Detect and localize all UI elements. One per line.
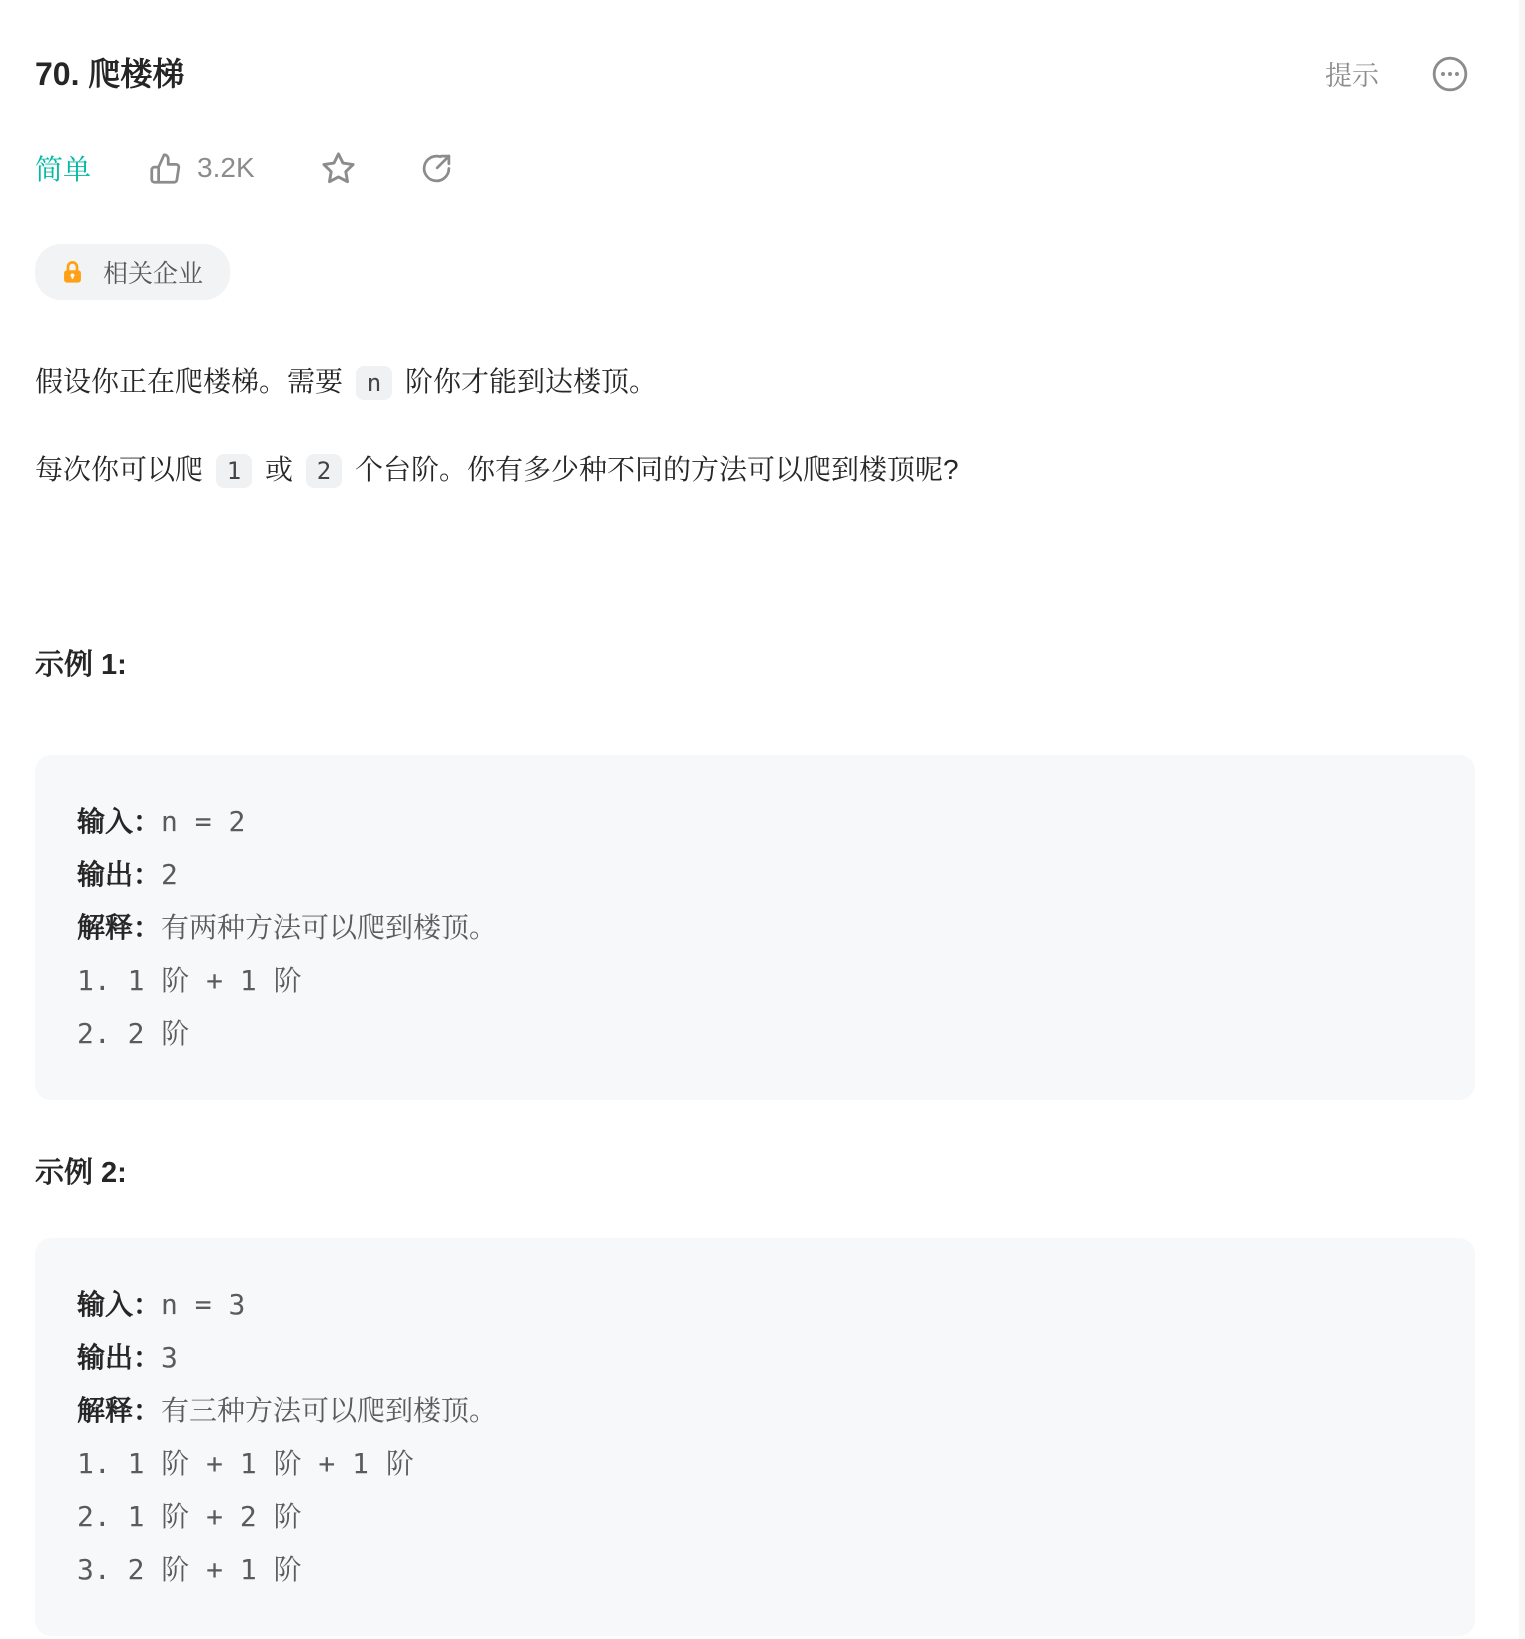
desc-text: 假设你正在爬楼梯。需要 — [35, 366, 351, 397]
header: 70. 爬楼梯 提示 — [35, 52, 1475, 96]
desc-text: 阶你才能到达楼顶。 — [397, 366, 657, 397]
explain-label: 解释： — [77, 912, 161, 943]
example-step-line: 3. 2 阶 + 1 阶 — [77, 1543, 1433, 1596]
example-step-line: 1. 1 阶 + 1 阶 — [77, 954, 1433, 1007]
share-icon — [420, 152, 453, 185]
inline-code-n: n — [356, 366, 392, 400]
meta-row: 简单 3.2K — [35, 148, 1475, 188]
problem-description-panel: 70. 爬楼梯 提示 简单 — [0, 0, 1525, 1636]
share-button[interactable] — [420, 152, 453, 185]
star-icon — [321, 151, 356, 186]
example-output-line: 输出：2 — [77, 848, 1433, 901]
example-output-line: 输出：3 — [77, 1331, 1433, 1384]
page-title: 70. 爬楼梯 — [35, 52, 184, 96]
explain-label: 解释： — [77, 1395, 161, 1426]
example-step-line: 1. 1 阶 + 1 阶 + 1 阶 — [77, 1437, 1433, 1490]
example-1-box: 输入：n = 2 输出：2 解释：有两种方法可以爬到楼顶。 1. 1 阶 + 1… — [35, 755, 1475, 1100]
desc-text: 个台阶。你有多少种不同的方法可以爬到楼顶呢? — [347, 454, 958, 485]
example-input-line: 输入：n = 3 — [77, 1278, 1433, 1331]
badge-row: 相关企业 — [35, 244, 1475, 300]
example-step-line: 2. 2 阶 — [77, 1007, 1433, 1060]
difficulty-badge[interactable]: 简单 — [35, 148, 91, 188]
like-button[interactable]: 3.2K — [149, 152, 255, 185]
example-2-box: 输入：n = 3 输出：3 解释：有三种方法可以爬到楼顶。 1. 1 阶 + 1… — [35, 1238, 1475, 1636]
desc-text: 或 — [257, 454, 301, 485]
favorite-button[interactable] — [321, 151, 356, 186]
inline-code-1: 1 — [216, 454, 252, 488]
lock-icon — [59, 259, 86, 286]
explain-value: 有三种方法可以爬到楼顶。 — [161, 1394, 497, 1427]
description-paragraph-2: 每次你可以爬 1 或 2 个台阶。你有多少种不同的方法可以爬到楼顶呢? — [35, 449, 1475, 492]
input-label: 输入： — [77, 1289, 161, 1320]
thumbs-up-icon — [149, 152, 182, 185]
header-actions: 提示 — [1325, 54, 1469, 93]
ellipsis-circle-icon — [1431, 55, 1469, 93]
example-explain-line: 解释：有两种方法可以爬到楼顶。 — [77, 901, 1433, 954]
like-count: 3.2K — [197, 152, 255, 184]
output-value: 3 — [161, 1341, 178, 1374]
inline-code-2: 2 — [306, 454, 342, 488]
example-explain-line: 解释：有三种方法可以爬到楼顶。 — [77, 1384, 1433, 1437]
example-1-heading: 示例 1: — [35, 645, 1475, 685]
hint-button[interactable]: 提示 — [1325, 54, 1379, 93]
input-label: 输入： — [77, 806, 161, 837]
related-companies-badge[interactable]: 相关企业 — [35, 244, 230, 300]
output-value: 2 — [161, 858, 178, 891]
input-value: n = 3 — [161, 1288, 245, 1321]
output-label: 输出： — [77, 859, 161, 890]
example-2-heading: 示例 2: — [35, 1153, 1475, 1193]
description-paragraph-1: 假设你正在爬楼梯。需要 n 阶你才能到达楼顶。 — [35, 361, 1475, 404]
example-input-line: 输入：n = 2 — [77, 795, 1433, 848]
example-step-line: 2. 1 阶 + 2 阶 — [77, 1490, 1433, 1543]
output-label: 输出： — [77, 1342, 161, 1373]
input-value: n = 2 — [161, 805, 245, 838]
explain-value: 有两种方法可以爬到楼顶。 — [161, 911, 497, 944]
desc-text: 每次你可以爬 — [35, 454, 211, 485]
panel-divider[interactable] — [1519, 0, 1525, 1639]
more-options-button[interactable] — [1431, 55, 1469, 93]
related-companies-label: 相关企业 — [103, 254, 203, 290]
